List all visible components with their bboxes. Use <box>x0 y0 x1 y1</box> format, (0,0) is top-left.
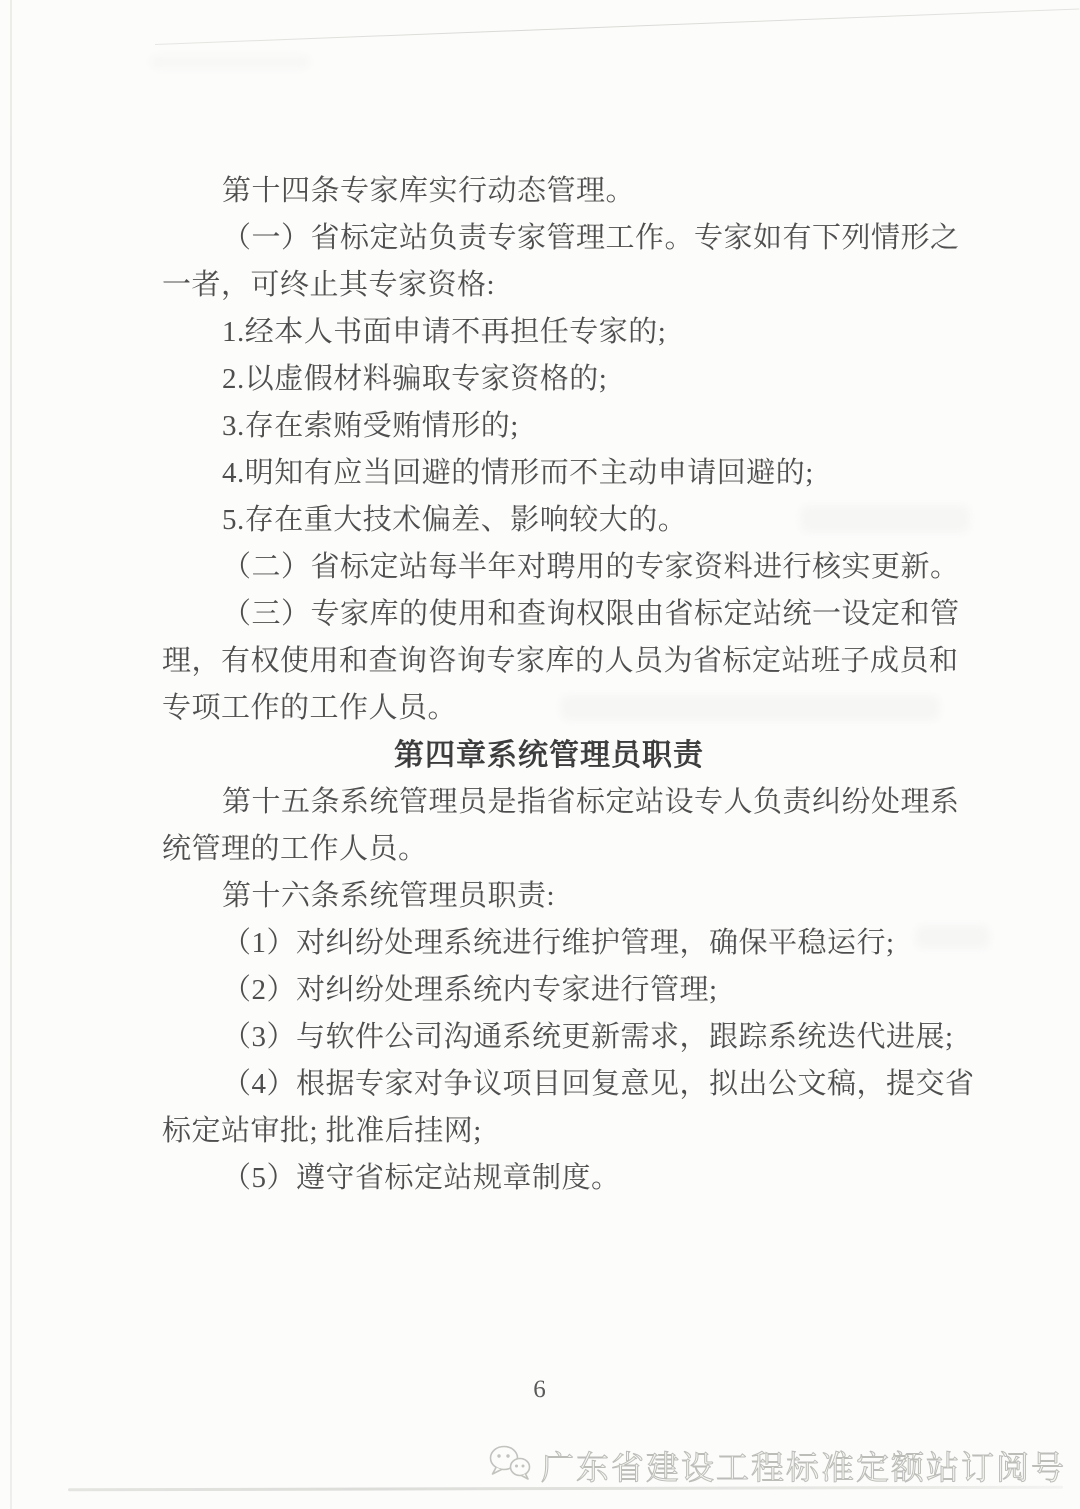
text-line: 第十六条系统管理员职责: <box>162 873 936 920</box>
text-line: （三）专家库的使用和查询权限由省标定站统一设定和管 <box>162 591 936 638</box>
text-line: （二）省标定站每半年对聘用的专家资料进行核实更新。 <box>162 544 936 591</box>
scan-bleedthrough-smudge <box>150 55 310 69</box>
text-line: （4）根据专家对争议项目回复意见，拟出公文稿，提交省 <box>162 1061 936 1108</box>
text-line: （2）对纠纷处理系统内专家进行管理; <box>162 967 936 1014</box>
text-line: 4.明知有应当回避的情形而不主动申请回避的; <box>162 450 936 497</box>
text-line: 理，有权使用和查询咨询专家库的人员为省标定站班子成员和 <box>162 638 936 685</box>
text-line: 第十四条专家库实行动态管理。 <box>162 168 936 215</box>
page-number: 6 <box>0 1376 1080 1404</box>
document-body: 第十四条专家库实行动态管理。（一）省标定站负责专家管理工作。专家如有下列情形之一… <box>162 168 936 1202</box>
text-line: （5）遵守省标定站规章制度。 <box>162 1155 936 1202</box>
text-line: 1.经本人书面申请不再担任专家的; <box>162 309 936 356</box>
text-line: 5.存在重大技术偏差、影响较大的。 <box>162 497 936 544</box>
wechat-icon <box>487 1443 533 1488</box>
chapter-heading: 第四章系统管理员职责 <box>162 732 936 779</box>
text-line: 2.以虚假材料骗取专家资格的; <box>162 356 936 403</box>
scanned-document-page: 第十四条专家库实行动态管理。（一）省标定站负责专家管理工作。专家如有下列情形之一… <box>0 0 1080 1509</box>
scan-top-edge-line <box>155 8 1079 45</box>
text-line: （3）与软件公司沟通系统更新需求，跟踪系统迭代进展; <box>162 1014 936 1061</box>
subscription-watermark: 广东省建设工程标准定额站订阅号 <box>487 1442 1066 1489</box>
watermark-text: 广东省建设工程标准定额站订阅号 <box>541 1442 1066 1489</box>
text-line: 第十五条系统管理员是指省标定站设专人负责纠纷处理系 <box>162 779 936 826</box>
text-line: 统管理的工作人员。 <box>162 826 936 873</box>
text-line: 3.存在索贿受贿情形的; <box>162 403 936 450</box>
text-line: 标定站审批; 批准后挂网; <box>162 1108 936 1155</box>
text-line: 一者，可终止其专家资格: <box>162 262 936 309</box>
text-line: （1）对纠纷处理系统进行维护管理，确保平稳运行; <box>162 920 936 967</box>
text-line: （一）省标定站负责专家管理工作。专家如有下列情形之 <box>162 215 936 262</box>
text-line: 专项工作的工作人员。 <box>162 685 936 732</box>
scan-left-edge-line <box>10 0 12 1509</box>
